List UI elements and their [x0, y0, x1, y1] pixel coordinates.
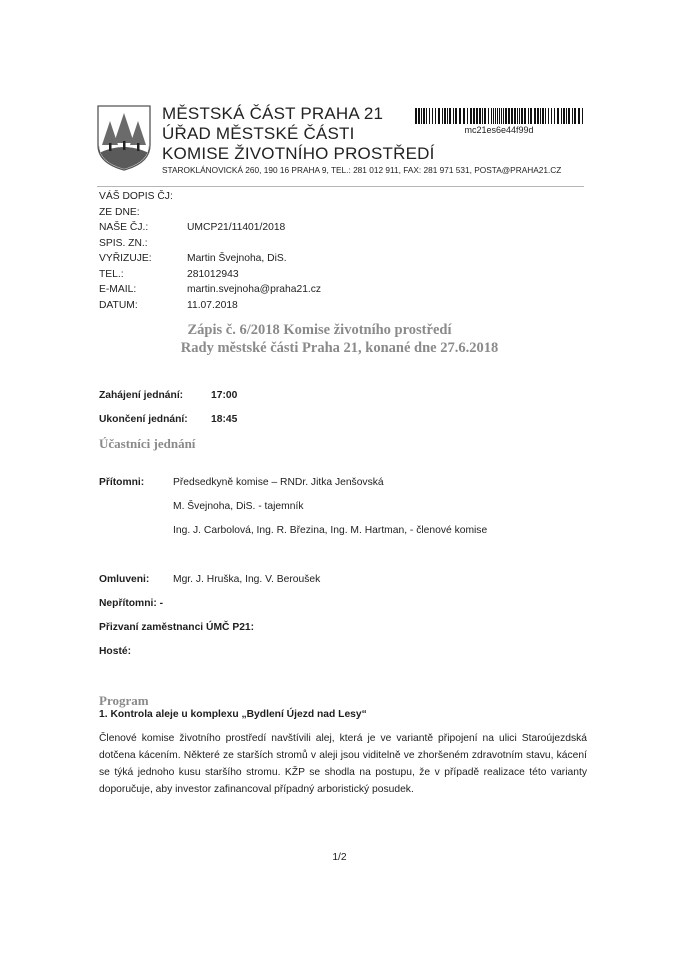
- program-item-text: Členové komise životního prostředí navšt…: [99, 730, 587, 798]
- header-divider: [97, 186, 584, 187]
- reference-value: 281012943: [187, 268, 239, 281]
- present-item: M. Švejnoha, DiS. - tajemník: [173, 500, 303, 513]
- reference-label: E-MAIL:: [99, 283, 187, 296]
- reference-label: NAŠE ČJ.:: [99, 221, 187, 234]
- reference-label: SPIS. ZN.:: [99, 237, 187, 250]
- program-heading: Program: [99, 693, 149, 708]
- org-name-line: MĚSTSKÁ ČÁST PRAHA 21: [162, 104, 383, 124]
- reference-value: UMCP21/11401/2018: [187, 221, 285, 234]
- excused-names: Mgr. J. Hruška, Ing. V. Beroušek: [173, 573, 320, 586]
- excused-label: Omluveni:: [99, 573, 149, 586]
- reference-row: SPIS. ZN.:: [99, 237, 187, 250]
- program-item-title: 1. Kontrola aleje u komplexu „Bydlení Új…: [99, 708, 367, 721]
- invited-staff-label: Přizvaní zaměstnanci ÚMČ P21:: [99, 621, 254, 634]
- barcode-text: mc21es6e44f99d: [415, 125, 583, 135]
- reference-row: DATUM:11.07.2018: [99, 299, 238, 312]
- meeting-start-label: Zahájení jednání:: [99, 389, 183, 402]
- absent-label: Nepřítomni: -: [99, 597, 163, 610]
- page-number: 1/2: [0, 852, 679, 863]
- reference-row: NAŠE ČJ.:UMCP21/11401/2018: [99, 221, 285, 234]
- meeting-end-label: Ukončení jednání:: [99, 413, 188, 426]
- document-title-line2: Rady městské části Praha 21, konané dne …: [0, 340, 679, 357]
- office-name-line: ÚŘAD MĚSTSKÉ ČÁSTI: [162, 124, 355, 144]
- present-item: Předsedkyně komise – RNDr. Jitka Jenšovs…: [173, 476, 384, 489]
- present-item: Ing. J. Carbolová, Ing. R. Březina, Ing.…: [173, 524, 487, 537]
- meeting-end-time: 18:45: [211, 413, 237, 426]
- document-title-line1: Zápis č. 6/2018 Komise životního prostře…: [0, 322, 659, 339]
- coat-of-arms-logo-icon: [97, 105, 151, 171]
- reference-label: DATUM:: [99, 299, 187, 312]
- reference-row: TEL.:281012943: [99, 268, 239, 281]
- participants-heading: Účastníci jednání: [99, 436, 195, 452]
- guests-label: Hosté:: [99, 645, 131, 658]
- reference-value: martin.svejnoha@praha21.cz: [187, 283, 321, 296]
- reference-row: VÁŠ DOPIS ČJ:: [99, 190, 187, 203]
- reference-label: ZE DNE:: [99, 206, 187, 219]
- reference-label: VÁŠ DOPIS ČJ:: [99, 190, 187, 203]
- reference-value: Martin Švejnoha, DiS.: [187, 252, 287, 265]
- reference-row: E-MAIL:martin.svejnoha@praha21.cz: [99, 283, 321, 296]
- reference-label: VYŘIZUJE:: [99, 252, 187, 265]
- reference-value: 11.07.2018: [187, 299, 238, 312]
- barcode-icon: [415, 108, 583, 124]
- reference-label: TEL.:: [99, 268, 187, 281]
- committee-name-line: KOMISE ŽIVOTNÍHO PROSTŘEDÍ: [162, 144, 435, 164]
- present-label: Přítomni:: [99, 476, 144, 489]
- meeting-start-time: 17:00: [211, 389, 237, 402]
- address-line: STAROKLÁNOVICKÁ 260, 190 16 PRAHA 9, TEL…: [162, 165, 561, 175]
- reference-row: VYŘIZUJE:Martin Švejnoha, DiS.: [99, 252, 287, 265]
- reference-row: ZE DNE:: [99, 206, 187, 219]
